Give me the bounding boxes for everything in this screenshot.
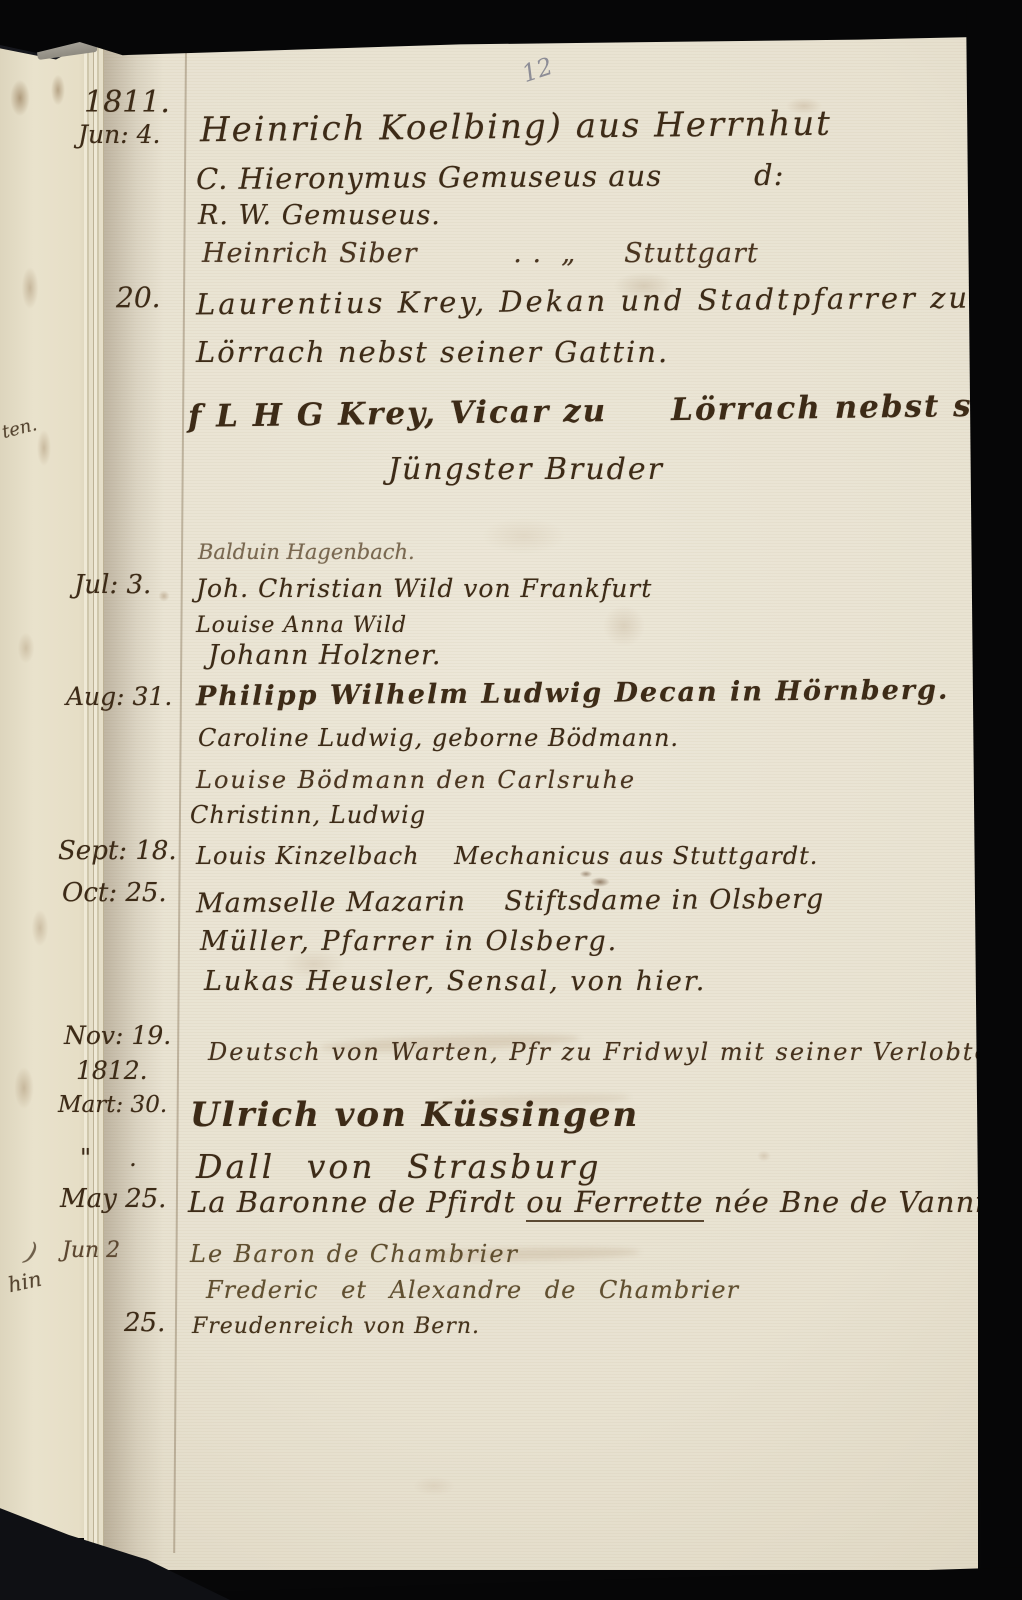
entry-line: Heinrich Koelbing) aus Herrnhut [200, 107, 832, 148]
year-label: 1811. [84, 88, 170, 118]
entry-line: Lörrach nebst seiner Gattin. [196, 338, 669, 367]
entry-line: Philipp Wilhelm Ludwig Decan in Hörnberg… [196, 677, 950, 711]
entry-line: Laurentius Krey, Dekan und Stadtpfarrer … [196, 284, 970, 320]
entry-line: R. W. Gemuseus. [198, 202, 441, 229]
entry-line: La Baronne de Pfirdt ou Ferrette née Bne… [188, 1188, 1022, 1217]
entry-line: Balduin Hagenbach. [198, 542, 415, 563]
entry-line: Louise Anna Wild [196, 615, 407, 637]
entry-line: Caroline Ludwig, geborne Bödmann. [198, 726, 679, 750]
date-label: 20. [116, 284, 161, 312]
date-label: Aug: 31. [66, 684, 172, 709]
entry-line: Mamselle Mazarin Stiftsdame in Olsberg [196, 886, 824, 917]
date-label: Jul: 3. [74, 572, 151, 598]
date-label: Sept: 18. [58, 838, 177, 864]
date-label: Oct: 25. [62, 880, 167, 906]
date-label: May 25. [60, 1186, 166, 1212]
pfirdt-part-a: La Baronne de Pfirdt [188, 1185, 526, 1219]
entry-line: Heinrich Siber . . „ Stuttgart [202, 240, 759, 267]
date-label: Jun 2 [62, 1240, 120, 1262]
entry-line: Lukas Heusler, Sensal, von hier. [204, 968, 706, 995]
entry-line: C. Hieronymus Gemuseus aus d: [196, 161, 785, 194]
pfirdt-part-c: née Bne de Vanningen, [704, 1185, 1022, 1219]
date-label: " . [80, 1146, 137, 1170]
date-label: Jun: 4. [78, 122, 160, 147]
entry-line: Jüngster Bruder [388, 455, 664, 485]
entry-line: Christinn, Ludwig [190, 803, 426, 827]
manuscript-scan: 12 1811. Jun: 4. 20. Jul: 3. Aug: 31. Se… [0, 0, 1022, 1600]
entry-line: Frederic et Alexandre de Chambrier [206, 1278, 739, 1302]
entry-line: Louise Bödmann den Carlsruhe [196, 768, 636, 792]
entry-line: Louis Kinzelbach Mechanicus aus Stuttgar… [196, 844, 818, 868]
date-label: 25. [124, 1310, 165, 1336]
entry-line: Le Baron de Chambrier [190, 1242, 519, 1266]
pfirdt-part-underlined: ou Ferrette [526, 1185, 703, 1222]
entry-line: Ulrich von Küssingen [190, 1098, 639, 1132]
entry-line: Müller, Pfarrer in Olsberg. [200, 928, 618, 955]
date-label: Nov: 19. [64, 1023, 171, 1048]
entry-line: Johann Holzner. [208, 642, 441, 669]
entry-line: Deutsch von Warten, Pfr zu Fridwyl mit s… [208, 1040, 1008, 1064]
date-label: 1812. [76, 1058, 148, 1083]
entry-line: Joh. Christian Wild von Frankfurt [196, 576, 652, 601]
entry-line: Freudenreich von Bern. [192, 1316, 480, 1338]
entry-line: Dall von Strasburg [196, 1150, 602, 1183]
date-label: Mart: 30. [58, 1094, 167, 1117]
